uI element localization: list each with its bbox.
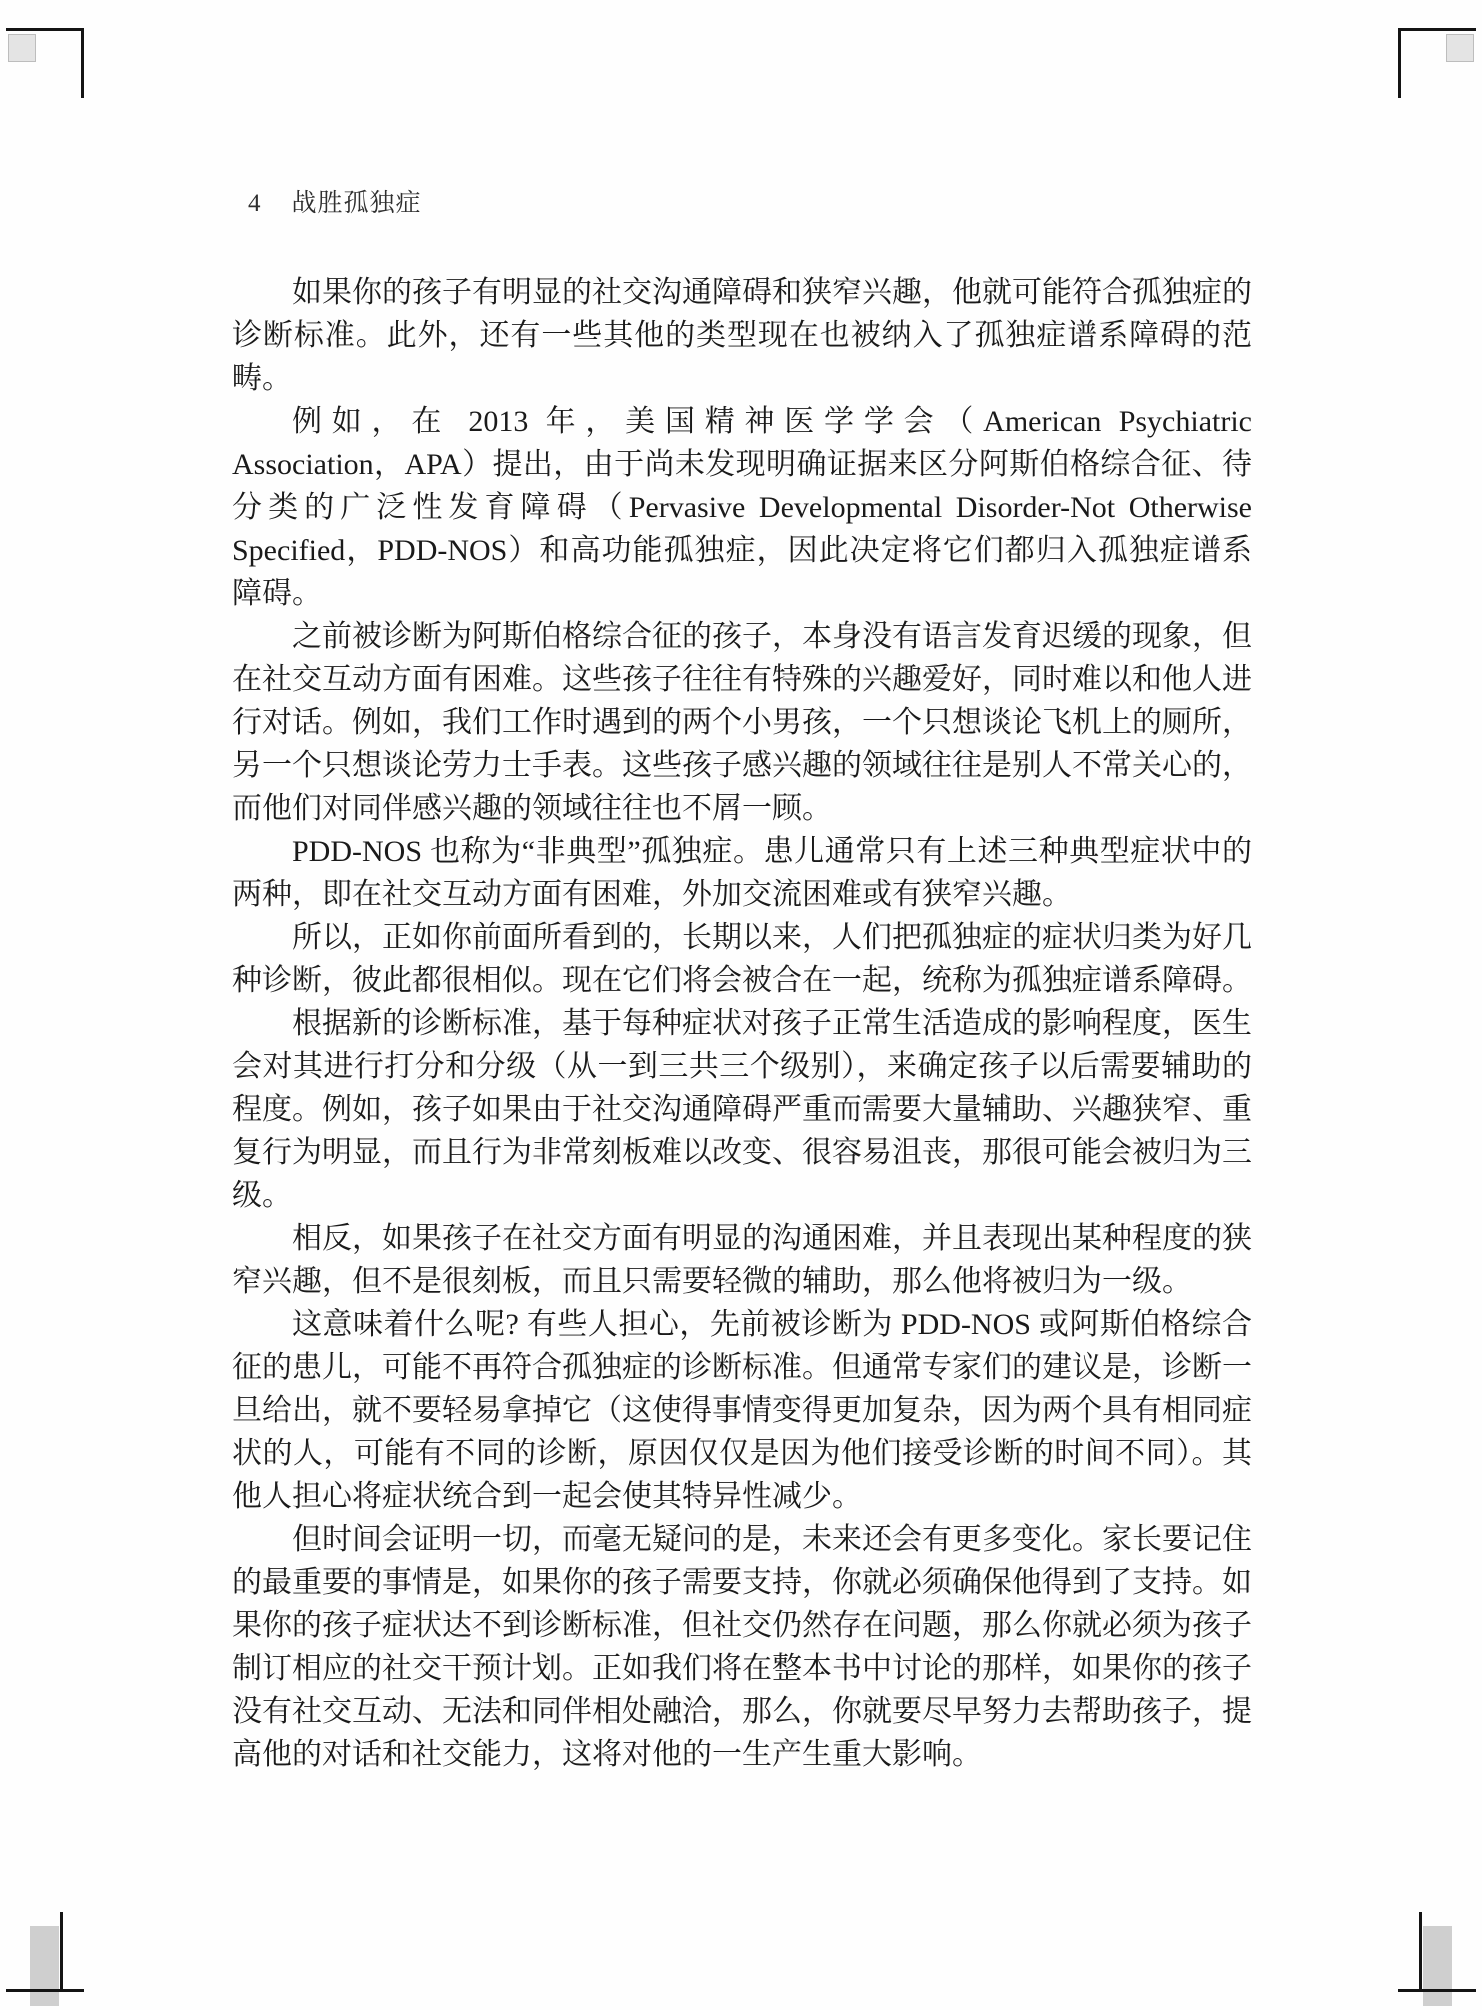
crop-mark-top-right-horizontal: [1398, 28, 1476, 31]
running-head: 4 战胜孤独症: [248, 183, 422, 219]
paragraph: 所以，正如你前面所看到的，长期以来，人们把孤独症的症状归类为好几种诊断，彼此都很…: [232, 916, 1252, 1002]
crop-mark-bottom-right-horizontal: [1398, 1989, 1476, 1992]
crop-mark-bottom-left-horizontal: [6, 1989, 84, 1992]
paragraph: 根据新的诊断标准，基于每种症状对孩子正常生活造成的影响程度，医生会对其进行打分和…: [232, 1002, 1252, 1217]
paragraph: 相反，如果孩子在社交方面有明显的沟通困难，并且表现出某种程度的狭窄兴趣，但不是很…: [232, 1217, 1252, 1303]
crop-mark-bottom-right-vertical: [1419, 1912, 1422, 1992]
paragraph: 这意味着什么呢? 有些人担心，先前被诊断为 PDD-NOS 或阿斯伯格综合征的患…: [232, 1303, 1252, 1518]
crop-mark-bottom-left-vertical: [60, 1912, 63, 1992]
running-head-title: 战胜孤独症: [292, 183, 422, 219]
crop-mark-top-left-vertical: [81, 28, 84, 98]
paragraph: 之前被诊断为阿斯伯格综合征的孩子，本身没有语言发育迟缓的现象，但在社交互动方面有…: [232, 615, 1252, 830]
crop-mark-bottom-right-patch: [1423, 1926, 1452, 2006]
body-text: 如果你的孩子有明显的社交沟通障碍和狭窄兴趣，他就可能符合孤独症的诊断标准。此外，…: [232, 271, 1252, 1776]
crop-mark-top-left-horizontal: [6, 28, 84, 31]
crop-mark-top-left-square: [8, 34, 36, 62]
page-number: 4: [248, 190, 262, 218]
paragraph: 但时间会证明一切，而毫无疑问的是，未来还会有更多变化。家长要记住的最重要的事情是…: [232, 1518, 1252, 1776]
paragraph: 例如，在 2013 年，美国精神医学学会（American Psychiatri…: [232, 400, 1252, 615]
paragraph: 如果你的孩子有明显的社交沟通障碍和狭窄兴趣，他就可能符合孤独症的诊断标准。此外，…: [232, 271, 1252, 400]
crop-mark-bottom-left-patch: [30, 1926, 59, 2006]
crop-mark-top-right-square: [1446, 34, 1474, 62]
crop-mark-top-right-vertical: [1398, 28, 1401, 98]
paragraph: PDD-NOS 也称为“非典型”孤独症。患儿通常只有上述三种典型症状中的两种，即…: [232, 830, 1252, 916]
book-page: 4 战胜孤独症 如果你的孩子有明显的社交沟通障碍和狭窄兴趣，他就可能符合孤独症的…: [0, 0, 1482, 2010]
